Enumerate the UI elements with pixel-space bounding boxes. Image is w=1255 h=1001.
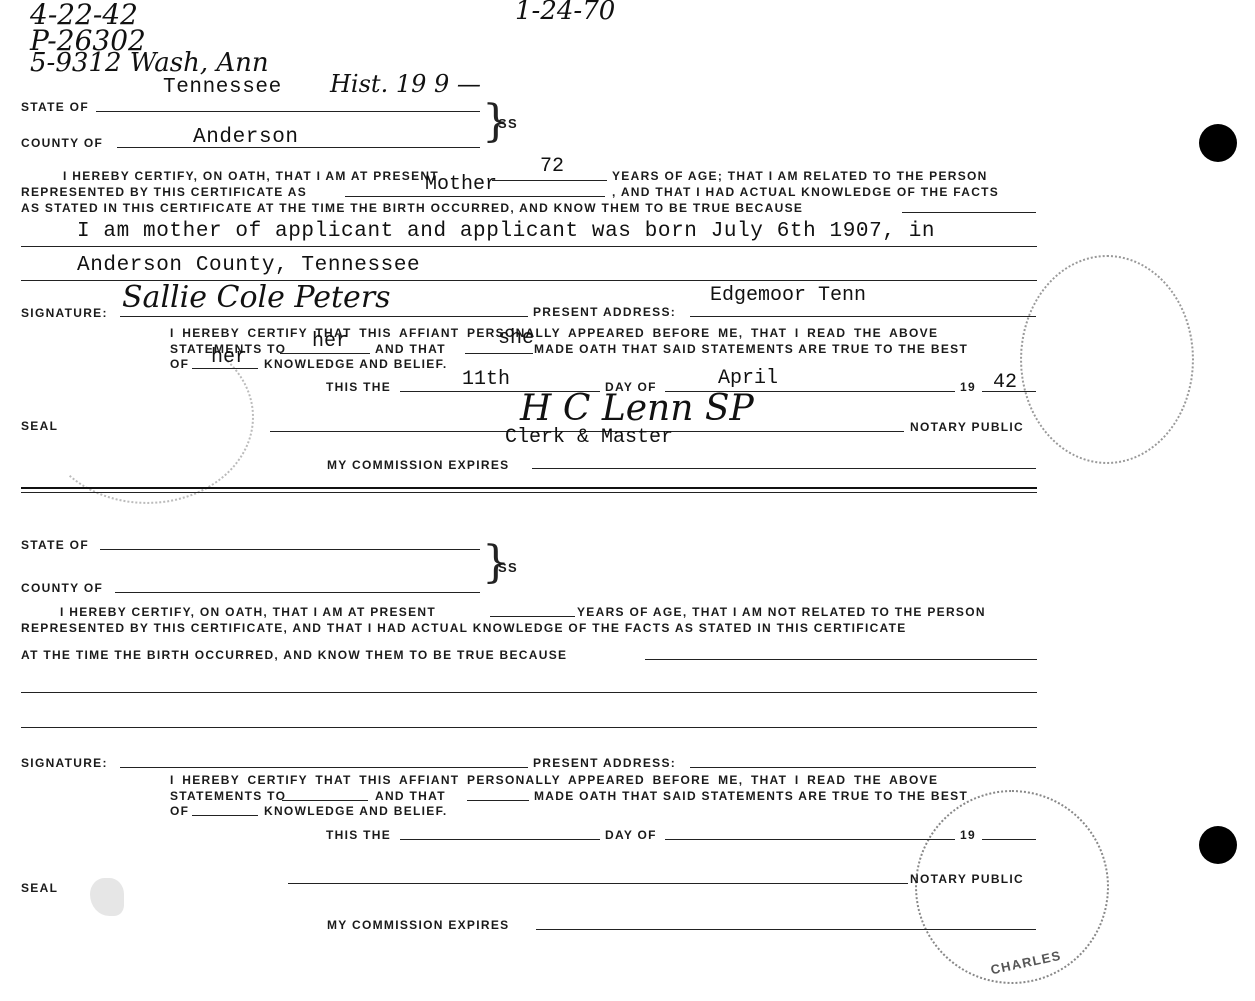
notary-signature-line-2[interactable]: [288, 883, 908, 884]
notary2-line2-b: AND THAT: [375, 789, 446, 803]
address-label-2: PRESENT ADDRESS:: [533, 756, 676, 770]
commission-label-2: MY COMMISSION EXPIRES: [327, 918, 509, 932]
county-line-2[interactable]: [115, 592, 480, 593]
state-line-2[interactable]: [100, 549, 480, 550]
cert-line1-post: YEARS OF AGE; THAT I AM RELATED TO THE P…: [612, 169, 988, 183]
affiant-signature: Sallie Cole Peters: [122, 280, 391, 315]
day-line-2[interactable]: [400, 839, 600, 840]
notary-line2-c: MADE OATH THAT SAID STATEMENTS ARE TRUE …: [534, 342, 968, 356]
because-line-2-2[interactable]: [21, 727, 1037, 728]
because-line-2-1[interactable]: [21, 692, 1037, 693]
notary2-line3-a: OF: [170, 804, 189, 818]
signature-line[interactable]: [120, 316, 528, 317]
notary-public-label: NOTARY PUBLIC: [910, 420, 1024, 434]
address-value: Edgemoor Tenn: [710, 284, 866, 307]
notary-line1: I HEREBY CERTIFY THAT THIS AFFIANT PERSO…: [170, 326, 938, 340]
commission-line-2[interactable]: [536, 929, 1036, 930]
because-text-line2: Anderson County, Tennessee: [77, 254, 420, 277]
seal-label: SEAL: [21, 419, 58, 433]
cert-line2-pre: REPRESENTED BY THIS CERTIFICATE AS: [21, 185, 307, 199]
age-line-2[interactable]: [490, 616, 575, 617]
cert2-line1-pre: I HEREBY CERTIFY, ON OATH, THAT I AM AT …: [60, 605, 436, 619]
this-the-label-2: THIS THE: [326, 828, 391, 842]
section-divider-top: [21, 487, 1037, 489]
county-label-2: COUNTY OF: [21, 581, 103, 595]
seal-label-2: SEAL: [21, 881, 58, 895]
address-line-2[interactable]: [690, 767, 1036, 768]
year-line[interactable]: [982, 391, 1036, 392]
cert-line3: AS STATED IN THIS CERTIFICATE AT THE TIM…: [21, 201, 803, 215]
state-value: Tennessee: [163, 76, 282, 99]
notary-line3-b: KNOWLEDGE AND BELIEF.: [264, 357, 448, 371]
notary-line3-a: OF: [170, 357, 189, 371]
because-line-start[interactable]: [902, 212, 1036, 213]
notary2-line2-c: MADE OATH THAT SAID STATEMENTS ARE TRUE …: [534, 789, 968, 803]
commission-line[interactable]: [532, 468, 1036, 469]
cert2-line3: AT THE TIME THE BIRTH OCCURRED, AND KNOW…: [21, 648, 567, 662]
state-label-2: STATE OF: [21, 538, 89, 552]
notary-line2-b: AND THAT: [375, 342, 446, 356]
day-of-label-2: DAY OF: [605, 828, 657, 842]
signature-line-2[interactable]: [120, 767, 528, 768]
because-line-1[interactable]: [21, 246, 1037, 247]
relation-value: Mother: [425, 173, 497, 196]
and-that-value: she: [498, 327, 534, 350]
address-label: PRESENT ADDRESS:: [533, 305, 676, 319]
commission-label: MY COMMISSION EXPIRES: [327, 458, 509, 472]
embossed-seal-bottom-icon: [915, 790, 1109, 984]
notary-signature: H C Lenn SP: [520, 388, 754, 429]
annotation-date-top-center: 1-24-70: [515, 0, 615, 26]
signature-label-2: SIGNATURE:: [21, 756, 108, 770]
annotation-case-number: 5-9312 Wash, Ann: [30, 48, 269, 78]
year-line-2[interactable]: [982, 839, 1036, 840]
section-divider-bottom: [21, 492, 1037, 493]
statements-to-value: her: [312, 330, 348, 353]
year-prefix-2: 19: [960, 828, 976, 842]
county-line[interactable]: [117, 147, 480, 148]
annotation-margin-note: Hist. 19 9 —: [330, 70, 481, 98]
of-line[interactable]: [192, 368, 258, 369]
cert-line1-pre: I HEREBY CERTIFY, ON OATH, THAT I AM AT …: [63, 169, 439, 183]
ss-label-2: SS: [498, 560, 518, 575]
age-value: 72: [540, 155, 564, 178]
and-that-line[interactable]: [465, 353, 533, 354]
because-line-start-2[interactable]: [645, 659, 1037, 660]
notary-title: Clerk & Master: [505, 426, 673, 449]
year-prefix: 19: [960, 380, 976, 394]
statements-to-line-2[interactable]: [282, 800, 368, 801]
signature-label: SIGNATURE:: [21, 306, 108, 320]
cert2-line1-post: YEARS OF AGE, THAT I AM NOT RELATED TO T…: [577, 605, 986, 619]
month-line-2[interactable]: [665, 839, 955, 840]
notary-public-label-2: NOTARY PUBLIC: [910, 872, 1024, 886]
county-value: Anderson: [193, 126, 299, 149]
day-value: 11th: [462, 368, 510, 391]
ss-label: SS: [498, 116, 518, 131]
notary2-line2-a: STATEMENTS TO: [170, 789, 286, 803]
relation-line[interactable]: [345, 196, 605, 197]
address-line[interactable]: [690, 316, 1036, 317]
notary2-line3-b: KNOWLEDGE AND BELIEF.: [264, 804, 448, 818]
cert2-line2: REPRESENTED BY THIS CERTIFICATE, AND THA…: [21, 621, 907, 635]
and-that-line-2[interactable]: [467, 800, 529, 801]
county-label: COUNTY OF: [21, 136, 103, 150]
age-line[interactable]: [492, 180, 607, 181]
of-value: her: [211, 346, 247, 369]
this-the-label: THIS THE: [326, 380, 391, 394]
embossed-seal-right-icon: [1020, 255, 1194, 464]
punch-hole-top: [1199, 124, 1237, 162]
punch-hole-bottom: [1199, 826, 1237, 864]
of-line-2[interactable]: [192, 815, 258, 816]
state-line[interactable]: [96, 111, 480, 112]
because-text-line1: I am mother of applicant and applicant w…: [77, 220, 935, 243]
notary2-line1: I HEREBY CERTIFY THAT THIS AFFIANT PERSO…: [170, 773, 938, 787]
state-label: STATE OF: [21, 100, 89, 114]
seal-mark-icon: [90, 878, 124, 916]
month-value: April: [718, 367, 778, 390]
statements-to-line[interactable]: [280, 353, 370, 354]
cert-line2-post: , AND THAT I HAD ACTUAL KNOWLEDGE OF THE…: [612, 185, 999, 199]
